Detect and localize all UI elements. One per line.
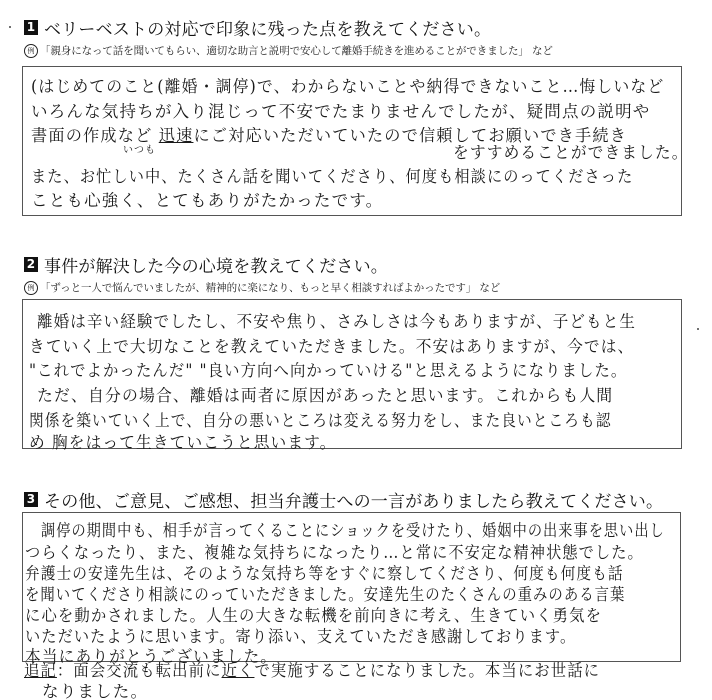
question-1-example: 例「親身になって話を聞いてもらい、適切な助言と説明で安心して離婚手続きを進めるこ… [24,43,553,58]
example-text: 「ずっと一人で悩んでいましたが、精神的に楽になり、もっと早く相談すればよかったで… [40,282,500,294]
question-text: 事件が解決した今の心境を教えてください。 [44,252,388,277]
answer-annotation: いつも [123,141,156,156]
answer-line: また、お忙しい中、たくさん話を聞いてくださり、何度も相談にのってくださった [31,163,633,187]
answer-box-3: 調停の期間中も、相手が言ってくることにショックを受けたり、婚姻中の出来事を思い出… [22,512,681,662]
example-text: 「親身になって話を聞いてもらい、適切な助言と説明で安心して離婚手続きを進めること… [40,45,553,57]
answer-line: いろんな気持ちが入り混じって不安でたまりませんでしたが、疑問点の説明や [31,98,651,122]
answer-line: "これでよかったんだ" "良い方向へ向かっていける"と思えるようになりました。 [29,357,627,381]
answer-line: 関係を築いていく上で、自分の悪いところは変える努力をし、また良いところも認 [29,407,612,431]
scan-artifact-dot [9,26,11,28]
question-text: その他、ご意見、ご感想、担当弁護士への一言がありましたら教えてください。 [44,487,663,512]
underlined-word: 迅速 [159,126,194,145]
answer-line: 離婚は辛い経験でしたし、不安や焦り、さみしさは今もありますが、子どもと生 [37,308,636,332]
answer-line: (はじめてのこと(離婚・調停)で、わからないことや納得できないこと…悔しいなど [31,73,664,97]
question-number-badge: 3 [24,492,38,507]
question-number-badge: 2 [24,257,38,272]
question-1-title: 1 ベリーベストの対応で印象に残った点を教えてください。 [24,15,491,40]
question-number-badge: 1 [24,20,38,35]
answer-line: め 胸をはって生きていこうと思います。 [29,429,337,453]
answer-line: をすすめることができました。 [453,139,689,163]
answer-box-1: (はじめてのこと(離婚・調停)で、わからないことや納得できないこと…悔しいなど … [22,66,682,216]
question-2-example: 例「ずっと一人で悩んでいましたが、精神的に楽になり、もっと早く相談すればよかった… [24,280,500,295]
question-text: ベリーベストの対応で印象に残った点を教えてください。 [44,15,491,40]
answer-line: ただ、自分の場合、離婚は両者に原因があったと思います。これからも人間 [37,382,613,406]
question-3-title: 3 その他、ご意見、ご感想、担当弁護士への一言がありましたら教えてください。 [24,487,663,512]
postscript-line-continued: なりました。 [42,678,148,700]
answer-line: 調停の期間中も、相手が言ってくることにショックを受けたり、婚姻中の出来事を思い出… [41,517,665,541]
question-2-title: 2 事件が解決した今の心境を教えてください。 [24,252,388,277]
example-mark-icon: 例 [24,281,38,295]
scan-artifact-dot [697,328,699,330]
answer-box-2: 離婚は辛い経験でしたし、不安や焦り、さみしさは今もありますが、子どもと生 きてい… [22,299,682,449]
example-mark-icon: 例 [24,44,38,58]
answer-line: きていく上で大切なことを教えていただきました。不安はありますが、今では、 [29,333,634,357]
answer-line: ことも心強く、とてもありがたかったです。 [31,187,383,211]
underlined-word: 近く [222,661,255,680]
